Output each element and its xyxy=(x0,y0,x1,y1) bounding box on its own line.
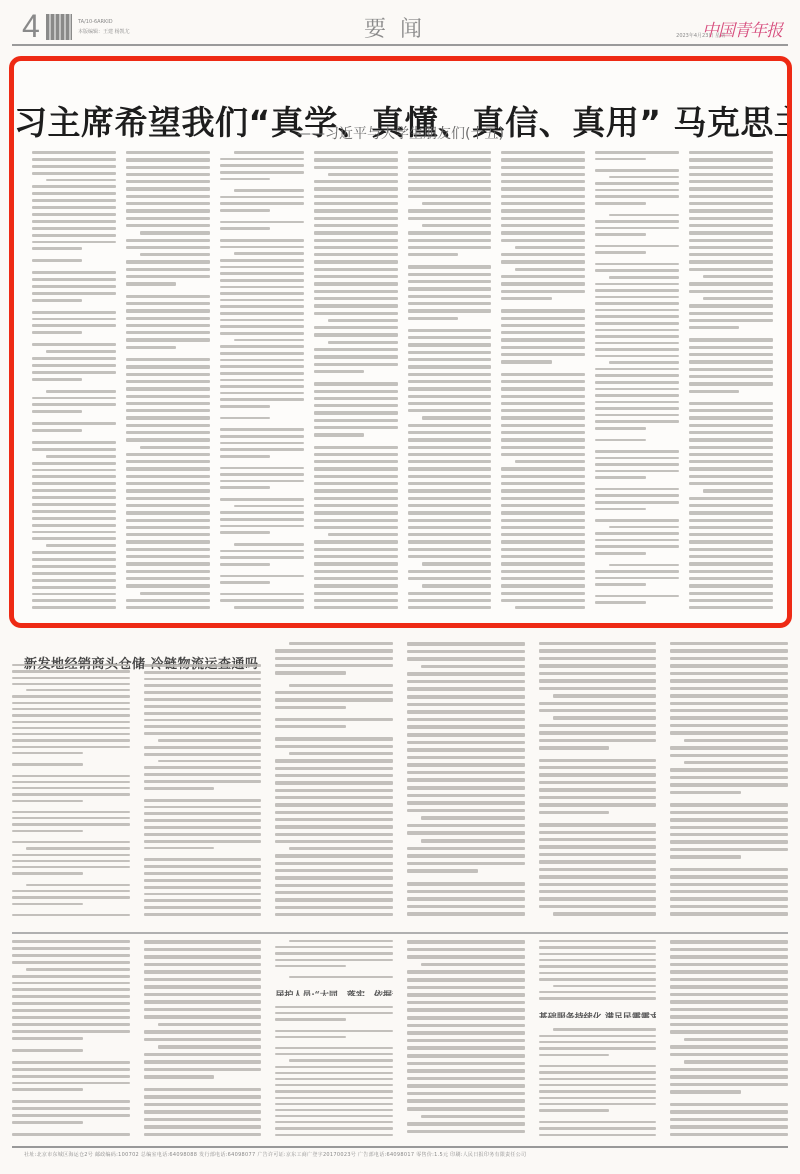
text-line xyxy=(539,1121,657,1123)
text-line xyxy=(126,246,210,249)
text-line xyxy=(32,586,116,589)
text-line xyxy=(539,664,657,667)
text-line xyxy=(126,467,210,470)
text-line xyxy=(501,453,585,456)
text-line xyxy=(144,899,262,902)
text-line xyxy=(539,965,657,967)
text-line xyxy=(32,331,82,334)
text-line xyxy=(684,1038,788,1042)
text-line xyxy=(126,224,210,227)
text-line xyxy=(32,422,116,425)
text-line xyxy=(553,694,657,697)
text-line xyxy=(408,402,492,405)
text-line xyxy=(689,592,773,595)
text-line xyxy=(689,416,773,419)
text-line xyxy=(144,840,262,843)
text-line xyxy=(32,524,116,527)
text-line xyxy=(275,913,393,916)
text-line xyxy=(314,297,398,300)
text-line xyxy=(408,273,492,276)
text-line xyxy=(689,290,773,293)
text-line xyxy=(126,324,210,327)
text-line xyxy=(275,718,393,721)
text-line xyxy=(407,1016,525,1020)
text-line xyxy=(32,462,116,465)
text-line xyxy=(689,360,773,363)
text-line xyxy=(539,978,657,980)
text-line xyxy=(32,378,82,381)
text-line xyxy=(407,809,525,813)
text-line xyxy=(684,1060,788,1064)
text-line xyxy=(408,599,492,602)
text-line xyxy=(314,606,398,609)
text-line xyxy=(539,838,657,841)
text-line xyxy=(689,319,773,322)
text-line xyxy=(501,309,585,312)
text-line xyxy=(501,158,585,161)
text-line xyxy=(539,972,657,974)
text-line xyxy=(501,599,585,602)
text-line xyxy=(12,811,130,813)
text-line xyxy=(314,467,398,470)
text-column xyxy=(144,664,262,916)
text-line xyxy=(407,1062,525,1066)
text-line xyxy=(126,217,210,220)
text-line xyxy=(595,251,645,254)
text-line xyxy=(314,275,398,278)
text-line xyxy=(144,1015,262,1019)
text-line xyxy=(595,182,679,185)
text-line xyxy=(12,830,83,832)
text-line xyxy=(595,414,679,417)
text-line xyxy=(126,555,210,558)
text-line xyxy=(595,283,679,286)
text-line xyxy=(539,875,657,878)
text-line xyxy=(539,897,657,900)
text-line xyxy=(501,504,585,507)
text-line xyxy=(501,331,585,334)
text-line xyxy=(328,319,398,322)
text-line xyxy=(314,246,398,249)
text-line xyxy=(275,1047,393,1049)
text-line xyxy=(220,550,304,553)
text-line xyxy=(12,746,130,748)
text-line xyxy=(314,382,398,385)
text-line xyxy=(595,220,679,223)
text-line xyxy=(501,253,585,256)
text-line xyxy=(289,940,393,942)
text-line xyxy=(408,329,492,332)
footer-divider xyxy=(12,1146,788,1148)
text-line xyxy=(275,898,393,901)
text-line xyxy=(234,606,304,609)
text-line xyxy=(144,847,215,850)
text-column xyxy=(670,940,788,1136)
text-line xyxy=(144,1000,262,1004)
text-line xyxy=(501,202,585,205)
text-line xyxy=(275,1078,393,1080)
text-line xyxy=(670,664,788,667)
text-line xyxy=(408,511,492,514)
text-line xyxy=(12,739,130,741)
text-line xyxy=(234,252,304,255)
text-line xyxy=(408,387,492,390)
text-line xyxy=(220,164,304,167)
text-line xyxy=(407,847,525,851)
text-line xyxy=(407,695,525,699)
text-line xyxy=(275,745,393,748)
text-line xyxy=(407,650,525,654)
text-line xyxy=(501,562,585,565)
text-line xyxy=(314,326,398,329)
text-line xyxy=(220,467,304,470)
text-line xyxy=(12,664,130,666)
text-line xyxy=(144,1060,262,1064)
text-line xyxy=(275,811,393,814)
text-line xyxy=(275,1109,393,1111)
text-line xyxy=(689,260,773,263)
text-line xyxy=(144,746,262,749)
text-line xyxy=(539,946,657,948)
text-line xyxy=(539,1103,657,1105)
text-line xyxy=(220,372,304,375)
text-line xyxy=(126,358,210,361)
text-line xyxy=(689,158,773,161)
text-line xyxy=(595,407,679,410)
text-line xyxy=(670,868,788,871)
text-line xyxy=(126,489,210,492)
text-line xyxy=(689,239,773,242)
text-line xyxy=(501,540,585,543)
text-line xyxy=(144,886,262,889)
text-line xyxy=(407,786,525,790)
text-line xyxy=(501,173,585,176)
text-line xyxy=(501,180,585,183)
text-line xyxy=(407,794,525,798)
text-line xyxy=(220,417,270,420)
text-line xyxy=(144,948,262,952)
text-line xyxy=(275,1053,393,1055)
text-line xyxy=(144,732,262,735)
text-line xyxy=(595,296,679,299)
text-line xyxy=(32,259,82,262)
text-line xyxy=(126,438,210,441)
text-line xyxy=(408,519,492,522)
text-line xyxy=(220,480,304,483)
text-line xyxy=(407,824,525,828)
text-line xyxy=(144,806,262,809)
text-line xyxy=(314,348,398,351)
text-line xyxy=(144,678,262,681)
text-line xyxy=(408,460,492,463)
text-line xyxy=(144,684,262,687)
text-line xyxy=(144,1118,262,1122)
text-line xyxy=(595,158,645,161)
text-line xyxy=(126,151,210,154)
text-line xyxy=(689,209,773,212)
text-line xyxy=(12,947,130,950)
text-line xyxy=(12,1049,83,1052)
text-line xyxy=(12,823,130,825)
bottom-story-columns: 居护人员:“大同、落实、依据专家要求”基础服务持续化 满足民需需求 xyxy=(12,940,788,1136)
text-line xyxy=(220,196,304,199)
text-line xyxy=(689,555,773,558)
text-line xyxy=(501,224,585,227)
text-line xyxy=(689,519,773,522)
text-line xyxy=(220,239,304,242)
text-line xyxy=(220,279,304,282)
text-line xyxy=(407,657,525,661)
text-line xyxy=(144,872,262,875)
text-line xyxy=(12,1133,130,1136)
text-column xyxy=(670,642,788,916)
page-masthead: 4 TA/10-6ARKID 本版编辑：王建 杨凯尤 要闻 2023年4月23日… xyxy=(12,8,788,46)
text-line xyxy=(220,221,304,224)
text-line xyxy=(32,448,116,451)
text-line xyxy=(670,694,788,697)
text-line xyxy=(144,833,262,836)
featured-article-highlight[interactable]: 习主席希望我们“真学、真懂、真信、真用” 马克思主义 ——习近平与大学生朋友们(… xyxy=(9,56,792,628)
text-line xyxy=(220,473,304,476)
text-line xyxy=(689,187,773,190)
text-line xyxy=(314,312,398,315)
text-line xyxy=(32,299,82,302)
text-line xyxy=(275,706,346,709)
text-line xyxy=(46,544,116,547)
text-line xyxy=(32,185,116,188)
text-line xyxy=(670,672,788,675)
text-line xyxy=(539,702,657,705)
text-line xyxy=(275,1127,393,1129)
text-line xyxy=(234,151,304,154)
text-line xyxy=(670,1110,788,1114)
text-line xyxy=(407,948,525,952)
text-line xyxy=(12,1114,130,1117)
text-line xyxy=(220,593,304,596)
text-line xyxy=(275,698,393,701)
text-line xyxy=(12,800,83,802)
text-line xyxy=(275,796,393,799)
text-line xyxy=(670,642,788,645)
text-line xyxy=(595,315,679,318)
text-line xyxy=(220,581,270,584)
text-line xyxy=(32,551,116,554)
text-line xyxy=(275,781,393,784)
text-line xyxy=(670,883,788,886)
text-line xyxy=(501,380,585,383)
text-line xyxy=(689,195,773,198)
text-line xyxy=(670,649,788,652)
text-line xyxy=(144,879,262,882)
text-line xyxy=(501,187,585,190)
text-line xyxy=(539,766,657,769)
text-line xyxy=(539,803,657,806)
text-line xyxy=(32,324,116,327)
text-line xyxy=(408,265,492,268)
text-line xyxy=(126,409,210,412)
text-line xyxy=(407,1039,525,1043)
text-line xyxy=(32,469,116,472)
text-line xyxy=(670,890,788,893)
text-line xyxy=(595,388,679,391)
text-line xyxy=(12,940,130,943)
text-line xyxy=(595,501,679,504)
text-column xyxy=(220,151,304,609)
text-line xyxy=(670,993,788,997)
text-line xyxy=(501,489,585,492)
text-line xyxy=(289,1059,393,1061)
text-line xyxy=(670,679,788,682)
text-line xyxy=(595,368,679,371)
text-line xyxy=(140,231,210,234)
text-line xyxy=(515,460,585,463)
text-line xyxy=(407,703,525,707)
text-line xyxy=(126,548,210,551)
text-line xyxy=(501,239,585,242)
text-line xyxy=(220,442,304,445)
text-line xyxy=(689,431,773,434)
text-column xyxy=(501,151,585,609)
text-line xyxy=(595,519,679,522)
text-line xyxy=(220,531,270,534)
text-line xyxy=(126,424,210,427)
text-line xyxy=(126,373,210,376)
text-line xyxy=(670,687,788,690)
text-line xyxy=(314,540,398,543)
text-line xyxy=(234,189,304,192)
text-line xyxy=(539,1041,657,1043)
text-line xyxy=(144,787,215,790)
text-line xyxy=(144,1068,262,1072)
text-line xyxy=(670,940,788,944)
text-line xyxy=(275,906,393,909)
text-line xyxy=(144,705,262,708)
text-line xyxy=(144,913,262,916)
text-line xyxy=(408,309,492,312)
text-line xyxy=(144,812,262,815)
text-line xyxy=(422,584,492,587)
text-line xyxy=(408,592,492,595)
text-line xyxy=(126,173,210,176)
text-line xyxy=(275,840,393,843)
text-line xyxy=(501,416,585,419)
text-line xyxy=(670,818,788,821)
text-line xyxy=(407,725,525,729)
text-line xyxy=(689,511,773,514)
text-line xyxy=(314,397,398,400)
text-line xyxy=(32,510,116,513)
text-line xyxy=(539,991,657,993)
text-line xyxy=(539,831,657,834)
text-line xyxy=(12,841,130,843)
text-line xyxy=(595,439,645,442)
text-line xyxy=(126,158,210,161)
text-line xyxy=(407,1130,525,1134)
text-line xyxy=(32,410,82,413)
text-line xyxy=(12,988,130,991)
text-line xyxy=(595,342,679,345)
text-line xyxy=(670,970,788,974)
text-line xyxy=(407,940,525,944)
text-column: 基础服务持续化 满足民需需求 xyxy=(539,940,657,1136)
text-line xyxy=(12,1023,130,1026)
text-line xyxy=(670,912,788,915)
text-line xyxy=(407,890,525,894)
text-line xyxy=(32,593,116,596)
text-line xyxy=(501,424,585,427)
text-line xyxy=(314,570,398,573)
text-line xyxy=(275,725,346,728)
text-line xyxy=(407,986,525,990)
text-line xyxy=(158,760,262,763)
text-line xyxy=(595,470,679,473)
text-line xyxy=(314,433,364,436)
text-line xyxy=(595,488,679,491)
text-line xyxy=(408,395,492,398)
text-line xyxy=(539,724,657,727)
text-line xyxy=(220,299,304,302)
text-line xyxy=(501,282,585,285)
text-line xyxy=(689,390,739,393)
text-line xyxy=(689,375,773,378)
text-line xyxy=(275,959,393,961)
text-line xyxy=(539,905,657,908)
text-line xyxy=(32,496,116,499)
text-line xyxy=(144,773,262,776)
text-line xyxy=(220,158,304,161)
text-line xyxy=(407,912,525,916)
text-line xyxy=(32,213,116,216)
text-line xyxy=(539,731,657,734)
text-line xyxy=(158,739,262,742)
text-line xyxy=(144,1088,262,1092)
text-line xyxy=(314,158,398,161)
text-line xyxy=(515,268,585,271)
text-line xyxy=(220,292,304,295)
text-line xyxy=(501,577,585,580)
text-line xyxy=(501,324,585,327)
text-line xyxy=(26,689,130,691)
text-line xyxy=(595,570,679,573)
text-line xyxy=(220,312,304,315)
text-line xyxy=(595,420,679,423)
text-line xyxy=(670,1015,788,1019)
text-line xyxy=(595,583,645,586)
text-line xyxy=(126,475,210,478)
text-line xyxy=(275,1115,393,1117)
text-line xyxy=(32,227,116,230)
text-line xyxy=(501,570,585,573)
text-line xyxy=(144,780,262,783)
text-line xyxy=(670,754,788,757)
text-line xyxy=(670,783,788,786)
text-line xyxy=(539,883,657,886)
text-line xyxy=(408,548,492,551)
text-line xyxy=(220,266,304,269)
text-line xyxy=(539,811,610,814)
text-line xyxy=(12,695,130,697)
text-line xyxy=(539,1109,610,1111)
text-line xyxy=(539,959,657,961)
text-line xyxy=(220,435,304,438)
text-line xyxy=(539,796,657,799)
text-line xyxy=(126,309,210,312)
text-line xyxy=(275,884,393,887)
text-line xyxy=(32,247,82,250)
text-line xyxy=(32,517,116,520)
text-column xyxy=(12,940,130,1136)
text-line xyxy=(408,239,492,242)
